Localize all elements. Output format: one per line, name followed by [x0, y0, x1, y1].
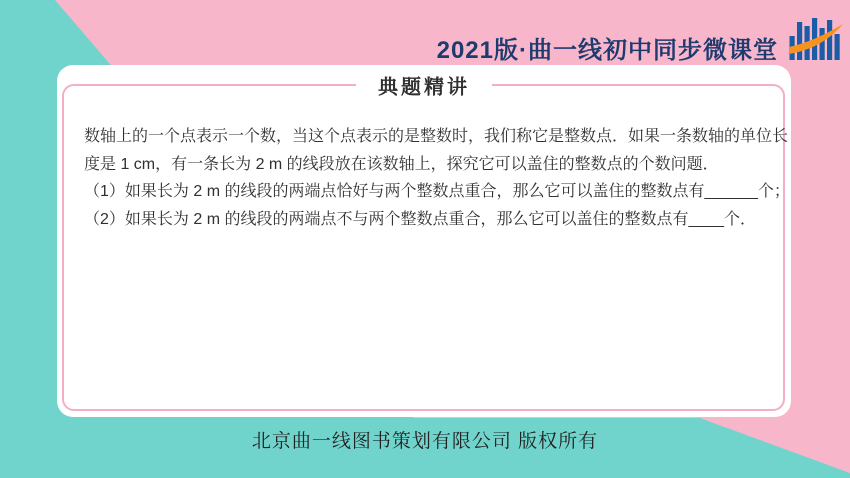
copyright-footer: 北京曲一线图书策划有限公司 版权所有: [0, 426, 850, 453]
problem-line-3: （1）如果长为 2 m 的线段的两端点恰好与两个整数点重合，那么它可以盖住的整数…: [84, 178, 763, 206]
section-title: 典题精讲: [356, 71, 492, 100]
problem-line-4: （2）如果长为 2 m 的线段的两端点不与两个整数点重合，那么它可以盖住的整数点…: [84, 206, 763, 234]
problem-line-1: 数轴上的一个点表示一个数，当这个点表示的是整数时，我们称它是整数点．如果一条数轴…: [84, 123, 763, 151]
problem-text: 数轴上的一个点表示一个数，当这个点表示的是整数时，我们称它是整数点．如果一条数轴…: [84, 123, 763, 233]
header-title: 2021版·曲一线初中同步微课堂: [437, 30, 778, 65]
content-card: 典题精讲 数轴上的一个点表示一个数，当这个点表示的是整数时，我们称它是整数点．如…: [57, 65, 791, 417]
bar-chart-logo-icon: [789, 10, 843, 62]
problem-line-2: 度是 1 cm，有一条长为 2 m 的线段放在该数轴上，探究它可以盖住的整数点的…: [84, 151, 763, 179]
